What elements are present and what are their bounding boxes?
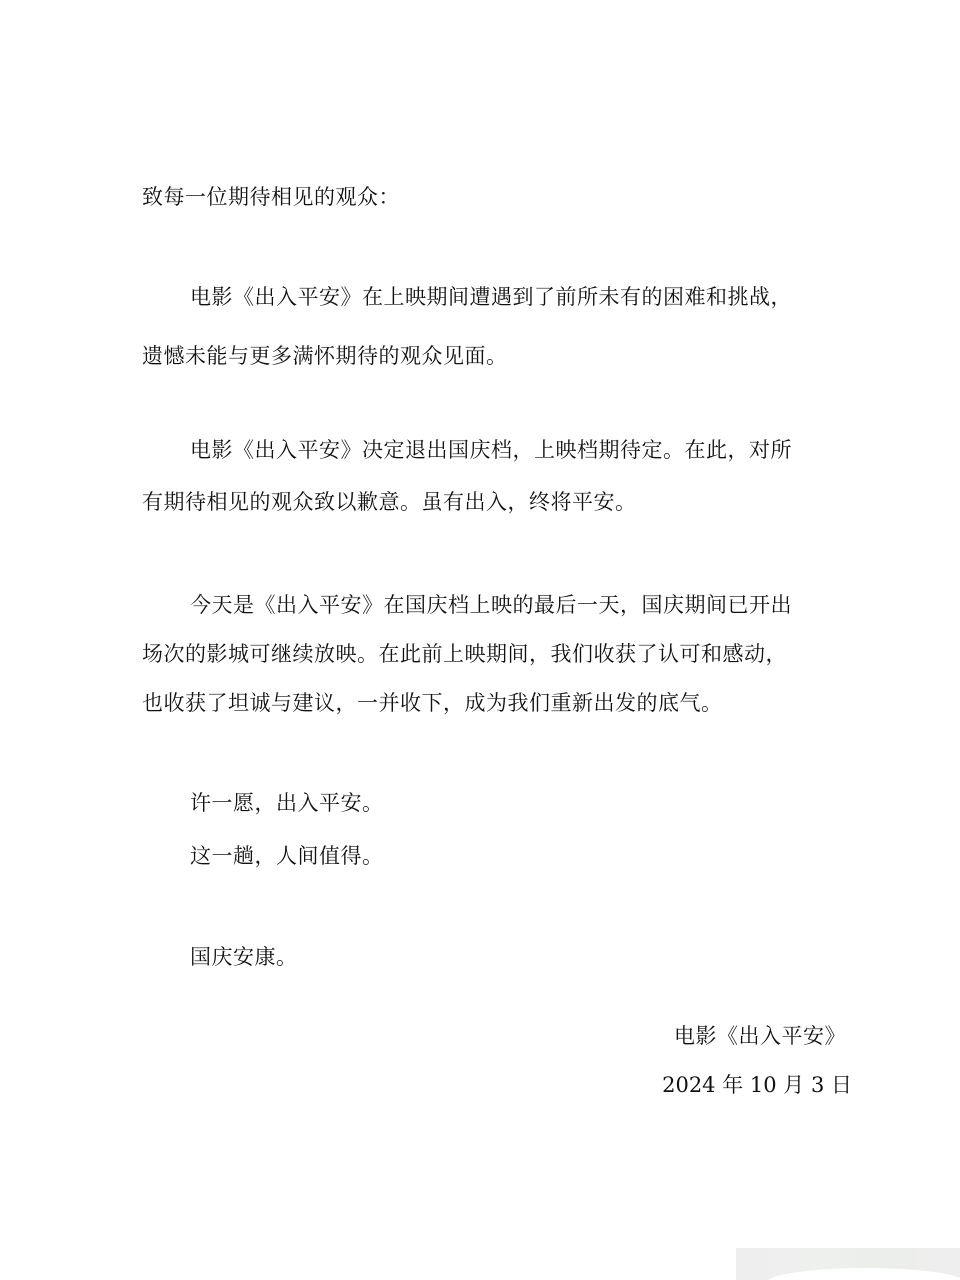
paragraph-line: 也收获了坦诚与建议，一并收下，成为我们重新出发的底气。 xyxy=(142,688,723,718)
paragraph-line: 这一趟，人间值得。 xyxy=(190,841,384,871)
paragraph-line: 电影《出入平安》决定退出国庆档，上映档期待定。在此，对所 xyxy=(190,435,792,465)
paragraph-line: 场次的影城可继续放映。在此前上映期间，我们收获了认可和感动， xyxy=(142,639,787,669)
paragraph-line: 今天是《出入平安》在国庆档上映的最后一天，国庆期间已开出 xyxy=(190,590,792,620)
signature: 电影《出入平安》 xyxy=(674,1021,846,1051)
paragraph-line: 电影《出入平安》在上映期间遭遇到了前所未有的困难和挑战， xyxy=(190,282,792,312)
paragraph-line: 国庆安康。 xyxy=(190,942,298,972)
salutation: 致每一位期待相见的观众： xyxy=(142,182,400,212)
date: 2024 年 10 月 3 日 xyxy=(662,1070,852,1100)
watermark-smudge xyxy=(736,1248,960,1280)
letter-page: 致每一位期待相见的观众： 电影《出入平安》在上映期间遭遇到了前所未有的困难和挑战… xyxy=(0,0,960,1280)
paragraph-line: 有期待相见的观众致以歉意。虽有出入，终将平安。 xyxy=(142,487,637,517)
paragraph-line: 许一愿，出入平安。 xyxy=(190,788,384,818)
paragraph-line: 遗憾未能与更多满怀期待的观众见面。 xyxy=(142,341,508,371)
